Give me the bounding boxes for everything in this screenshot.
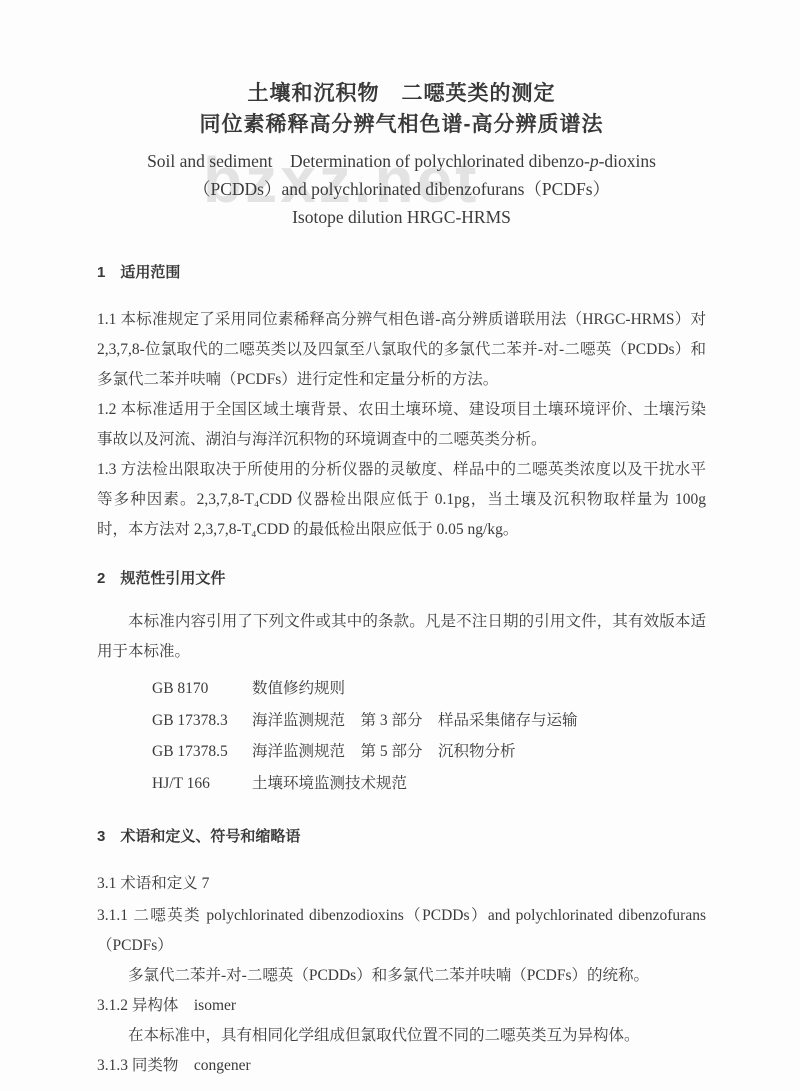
section3-term-3-1-2: 3.1.2 异构体 isomer (97, 991, 706, 1021)
title-en-line3: Isotope dilution HRGC-HRMS (97, 203, 706, 231)
title-en-line1-italic-p: p (590, 151, 599, 171)
reference-row: GB 8170 数值修约规则 (152, 673, 706, 705)
document-content: 土壤和沉积物 二噁英类的测定 同位素稀释高分辨气相色谱-高分辨质谱法 Soil … (97, 78, 706, 1081)
reference-title: 海洋监测规范 第 3 部分 样品采集储存与运输 (252, 705, 706, 737)
section1-clause-1-1: 1.1 本标准规定了采用同位素稀释高分辨气相色谱-高分辨质谱联用法（HRGC-H… (97, 305, 706, 395)
reference-code: GB 17378.3 (152, 705, 252, 737)
section3-definition-3-1-2: 在本标准中，具有相同化学组成但氯取代位置不同的二噁英类互为异构体。 (97, 1021, 706, 1051)
section1-heading: 1 适用范围 (97, 263, 706, 283)
title-en-line1-post: -dioxins (599, 151, 656, 171)
section2-intro: 本标准内容引用了下列文件或其中的条款。凡是不注日期的引用文件，其有效版本适用于本… (97, 607, 706, 667)
section1-clause-1-3: 1.3 方法检出限取决于所使用的分析仪器的灵敏度、样品中的二噁英类浓度以及干扰水… (97, 455, 706, 545)
reference-row: GB 17378.3 海洋监测规范 第 3 部分 样品采集储存与运输 (152, 705, 706, 737)
section3-sub-3-1: 3.1 术语和定义 7 (97, 869, 706, 899)
reference-title: 土壤环境监测技术规范 (252, 768, 706, 800)
title-en-line2: （PCDDs）and polychlorinated dibenzofurans… (97, 175, 706, 203)
section3-heading: 3 术语和定义、符号和缩略语 (97, 827, 706, 847)
reference-code: HJ/T 166 (152, 768, 252, 800)
title-en-line1-pre: Soil and sediment Determination of polyc… (147, 151, 590, 171)
reference-code: GB 17378.5 (152, 736, 252, 768)
reference-code: GB 8170 (152, 673, 252, 705)
section3-definition-3-1-1: 多氯代二苯并-对-二噁英（PCDDs）和多氯代二苯并呋喃（PCDFs）的统称。 (97, 961, 706, 991)
section1-clause-1-2: 1.2 本标准适用于全国区域土壤背景、农田土壤环境、建设项目土壤环境评价、土壤污… (97, 395, 706, 455)
reference-row: GB 17378.5 海洋监测规范 第 5 部分 沉积物分析 (152, 736, 706, 768)
section3-term-3-1-3: 3.1.3 同类物 congener (97, 1051, 706, 1081)
reference-list: GB 8170 数值修约规则 GB 17378.3 海洋监测规范 第 3 部分 … (97, 673, 706, 799)
reference-row: HJ/T 166 土壤环境监测技术规范 (152, 768, 706, 800)
title-zh-line1: 土壤和沉积物 二噁英类的测定 (97, 78, 706, 109)
title-en-line1: Soil and sediment Determination of polyc… (97, 147, 706, 175)
document-page: bzxz.net 土壤和沉积物 二噁英类的测定 同位素稀释高分辨气相色谱-高分辨… (0, 0, 800, 1091)
reference-title: 海洋监测规范 第 5 部分 沉积物分析 (252, 736, 706, 768)
title-zh-line2: 同位素稀释高分辨气相色谱-高分辨质谱法 (97, 109, 706, 140)
section2-heading: 2 规范性引用文件 (97, 569, 706, 589)
section3-term-3-1-1: 3.1.1 二噁英类 polychlorinated dibenzodioxin… (97, 901, 706, 961)
reference-title: 数值修约规则 (252, 673, 706, 705)
